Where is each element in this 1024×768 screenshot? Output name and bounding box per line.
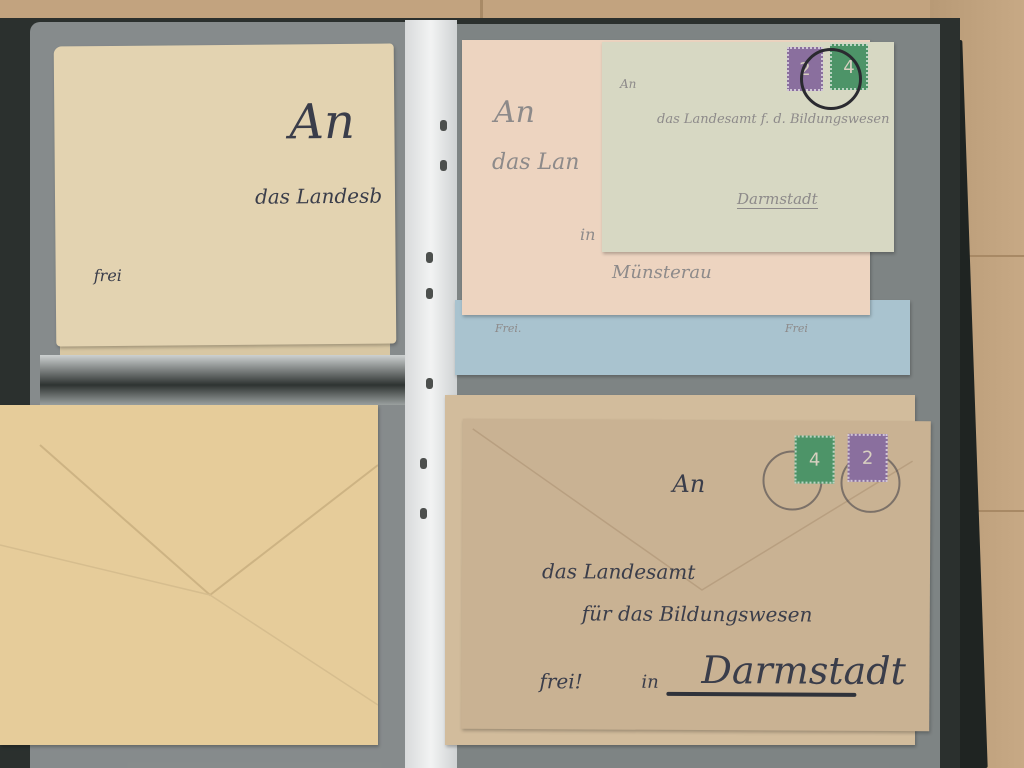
ring-hole	[440, 160, 447, 171]
address-line: das Landesb	[255, 184, 382, 209]
ring-hole	[426, 378, 433, 389]
postage-note: frei	[94, 266, 122, 285]
address-line: für das Bildungswesen	[582, 601, 813, 626]
envelope-top-left: An das Landesb frei	[54, 44, 397, 347]
footer-note: Frei	[785, 322, 808, 335]
envelope-flap-lines	[0, 405, 378, 745]
address-line: in	[580, 225, 595, 244]
city: Münsterau	[612, 262, 712, 283]
footer-note: Frei.	[495, 322, 521, 335]
postage-note: frei!	[539, 669, 582, 693]
stamp-violet: 2	[847, 434, 887, 482]
ring-hole	[420, 458, 427, 469]
salutation: An	[494, 95, 535, 130]
envelope-grey: An das Landesamt f. d. Bildungswesen Dar…	[602, 42, 894, 252]
city: Darmstadt	[701, 648, 906, 693]
preposition: in	[641, 672, 658, 693]
address-line: das Landesamt f. d. Bildungswesen	[657, 112, 889, 127]
sleeve-divider	[40, 355, 435, 405]
ring-hole	[426, 288, 433, 299]
ring-hole	[420, 508, 427, 519]
salutation: An	[672, 470, 705, 498]
salutation: An	[289, 94, 355, 151]
stamp-green: 4	[794, 436, 834, 484]
city: Darmstadt	[737, 190, 818, 209]
ring-hole	[426, 252, 433, 263]
salutation: An	[620, 77, 636, 91]
envelope-bottom-right: An das Landesamt für das Bildungswesen f…	[461, 419, 931, 731]
ring-hole	[440, 120, 447, 131]
address-line: das Landesamt	[542, 559, 695, 584]
address-line: das Lan	[492, 150, 579, 175]
postmark	[800, 48, 862, 110]
